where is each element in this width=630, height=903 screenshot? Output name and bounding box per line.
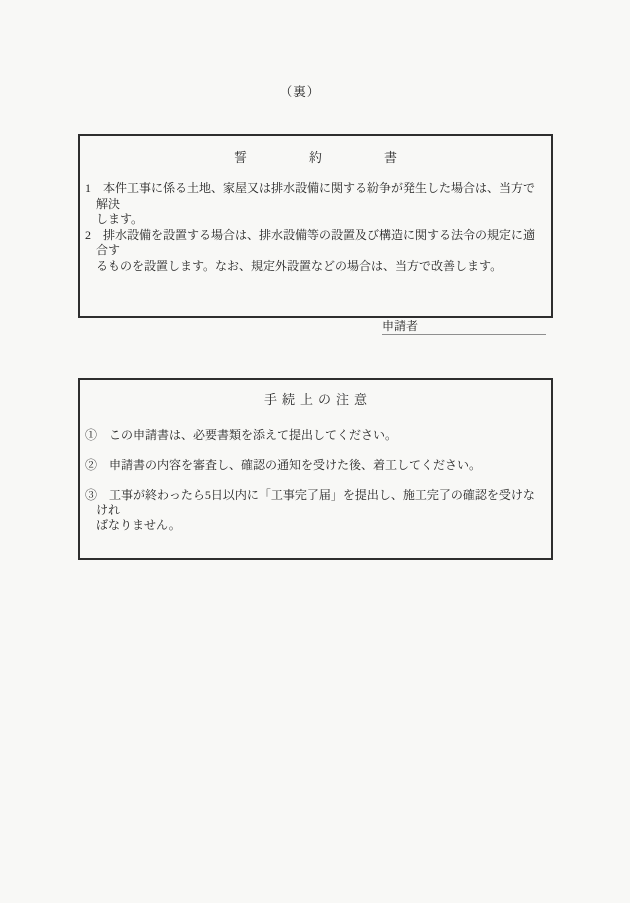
pledge-item-1: 1 本件工事に係る土地、家屋又は排水設備に関する紛争が発生した場合は、当方で解決… xyxy=(85,181,546,228)
scanned-form-page: { "page": { "side_label": "（裏）" }, "pled… xyxy=(0,0,630,903)
note-item-2: ② 申請書の内容を審査し、確認の通知を受けた後、着工してください。 xyxy=(85,458,546,473)
applicant-signature-line: 申請者 xyxy=(382,318,546,335)
pledge-item-2: 2 排水設備を設置する場合は、排水設備等の設置及び構造に関する法令の規定に適合す… xyxy=(85,228,546,275)
procedural-notes-box: 手続上の注意 ① この申請書は、必要書類を添えて提出してください。 ② 申請書の… xyxy=(78,378,553,560)
pledge-box-title: 誓約書 xyxy=(85,149,546,166)
applicant-row: 申請者 xyxy=(85,317,546,335)
note-item-1: ① この申請書は、必要書類を添えて提出してください。 xyxy=(85,428,546,443)
page-side-label: （裏） xyxy=(0,82,600,100)
note-item-3: ③ 工事が終わったら5日以内に「工事完了届」を提出し、施工完了の確認を受けなけれ… xyxy=(85,488,546,533)
pledge-box: 誓約書 1 本件工事に係る土地、家屋又は排水設備に関する紛争が発生した場合は、当… xyxy=(78,134,553,318)
notes-box-title: 手続上の注意 xyxy=(85,391,546,408)
